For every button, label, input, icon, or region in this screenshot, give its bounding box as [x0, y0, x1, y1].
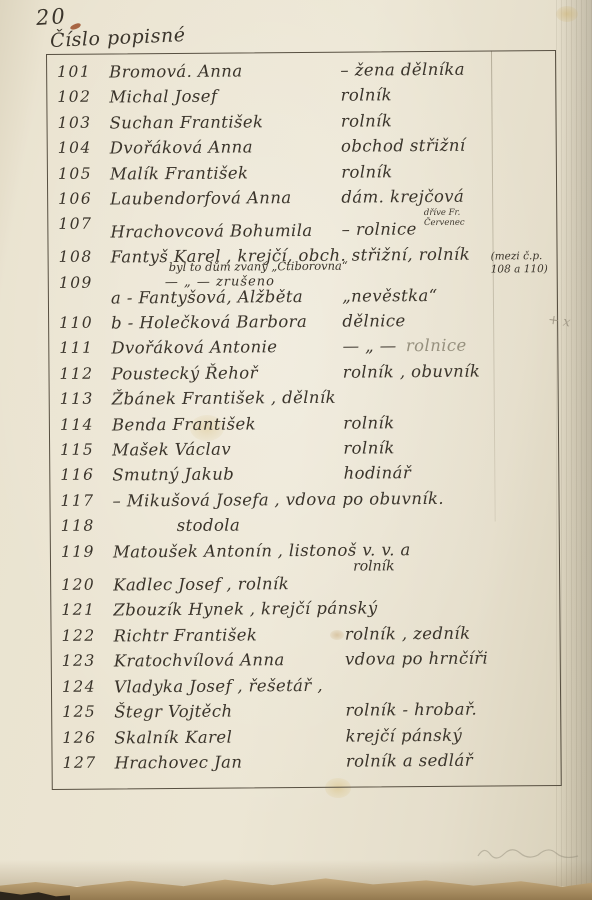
entry: Dvořáková Antonie — „ — rolnice	[111, 332, 551, 361]
house-number: 110	[59, 310, 111, 336]
entry: Richtr František rolník , zedník	[113, 620, 553, 649]
occupation: — „ —	[342, 337, 396, 356]
entry: Vladyka Josef , řešetář ,	[114, 671, 554, 700]
occupation: rolník	[341, 86, 393, 105]
entry: Fantyš Karel , krejčí, obch. střižní, ro…	[110, 241, 550, 270]
register-row: 101 Bromová. Anna – žena dělníka	[57, 56, 549, 85]
superscript-note: dříve Fr. Červenec	[424, 209, 482, 228]
house-number: 115	[60, 438, 112, 464]
entry: b - Holečková Barbora dělnice	[111, 307, 551, 336]
house-number: 111	[59, 336, 111, 362]
register-row: 113 Žbánek František , dělník	[60, 383, 552, 412]
house-number: 105	[58, 161, 110, 187]
occupation: rolník	[341, 162, 393, 181]
person-name: Žbánek František	[112, 386, 266, 413]
person-name: Matoušek Antonín	[113, 538, 273, 565]
house-number: 112	[59, 361, 111, 387]
entry: Kadlec Josef , rolník	[113, 569, 553, 598]
house-number: 107	[58, 212, 110, 245]
occupation: rolník , obuvník	[343, 361, 481, 381]
entry: Bromová. Anna – žena dělníka	[109, 56, 549, 85]
occupation: , rolník	[226, 574, 289, 593]
occupation: – rolnice	[342, 220, 417, 240]
person-name: Poustecký Řehoř	[111, 360, 337, 387]
register-row: 127 Hrachovec Jan rolník a sedlář	[62, 747, 554, 776]
register-row: 124 Vladyka Josef , řešetář ,	[62, 671, 554, 700]
entry: Laubendorfová Anna dám. krejčová	[110, 183, 550, 212]
bottom-edge-shadow	[0, 860, 592, 886]
entry: Mašek Václav rolník	[112, 434, 552, 463]
entry: Matoušek Antonín , listonoš v. v. a roln…	[113, 536, 553, 565]
register-row: 110 b - Holečková Barbora dělnice	[59, 307, 551, 336]
register-row: 111 Dvořáková Antonie — „ — rolnice	[59, 332, 551, 361]
register-row: 107 Hrachovcová Bohumila – rolnice dříve…	[58, 208, 550, 245]
person-name: Laubendorfová Anna	[110, 185, 336, 212]
house-number: 106	[58, 187, 110, 213]
register-row: 122 Richtr František rolník , zedník	[61, 620, 553, 649]
register-row: 115 Mašek Václav rolník	[60, 434, 552, 463]
register-row: 125 Štegr Vojtěch rolník - hrobař.	[62, 696, 554, 725]
pencil-margin-mark: + x	[547, 313, 571, 331]
person-name: – Mikušová Josefa	[112, 487, 269, 514]
occupation: dělnice	[342, 311, 405, 330]
occupation: obchod střižní	[341, 136, 466, 156]
occupation: – žena dělníka	[340, 60, 465, 80]
register-row: 123 Kratochvílová Anna vdova po hrnčíři	[62, 645, 554, 674]
person-name: Benda František	[112, 410, 338, 437]
person-name: Zbouzík Hynek	[113, 597, 244, 623]
person-name: b - Holečková Barbora	[111, 309, 337, 336]
person-name: Bromová. Anna	[109, 58, 335, 85]
register-row: 104 Dvořáková Anna obchod střižní	[58, 132, 550, 161]
register-row: 106 Laubendorfová Anna dám. krejčová	[58, 183, 550, 212]
occupation: , vdova po obuvník.	[274, 489, 444, 509]
occupation: , krejčí pánský	[250, 599, 378, 619]
house-number: 119	[61, 539, 113, 565]
entry: Skalník Karel krejčí pánský	[114, 722, 554, 751]
person-name: Richtr František	[113, 622, 339, 649]
house-number: 102	[57, 85, 109, 111]
crossed-out-note: — „ — zrušeno	[165, 267, 551, 285]
house-number: 114	[60, 412, 112, 438]
occupation-pencil: rolnice	[406, 336, 467, 355]
register-rows: 101 Bromová. Anna – žena dělníka 102 Mic…	[57, 56, 555, 776]
person-name: Malík František	[110, 159, 336, 186]
register-row: 117 – Mikušová Josefa , vdova po obuvník…	[60, 485, 552, 514]
house-number: 125	[62, 700, 114, 726]
register-row: 112 Poustecký Řehoř rolník , obuvník	[59, 358, 551, 387]
entry: Hrachovec Jan rolník a sedlář	[114, 747, 554, 776]
entry: Michal Josef rolník	[109, 81, 549, 110]
occupation: krejčí pánský	[346, 725, 463, 745]
house-number: 118	[61, 514, 113, 540]
person-name: Skalník Karel	[114, 723, 340, 750]
house-number: 121	[61, 598, 113, 624]
occupation: , řešetář ,	[237, 676, 323, 696]
register-row: 108 Fantyš Karel , krejčí, obch. střižní…	[59, 241, 551, 270]
entry: – Mikušová Josefa , vdova po obuvník.	[112, 485, 552, 514]
house-number: 117	[60, 488, 112, 514]
person-name: Suchan František	[109, 109, 335, 136]
occupation: „nevěstka“	[342, 286, 438, 306]
person-name: Kadlec Josef	[113, 572, 221, 598]
person-name: Štegr Vojtěch	[114, 698, 340, 725]
register-row: 103 Suchan František rolník	[57, 107, 549, 136]
person-name: Hrachovec Jan	[114, 749, 340, 776]
entry: Žbánek František , dělník	[112, 383, 552, 412]
page-number: 20	[35, 4, 67, 30]
register-row: 120 Kadlec Josef , rolník	[61, 569, 553, 598]
occupation: dám. krejčová	[341, 187, 464, 207]
occupation: stodola	[177, 516, 241, 535]
person-name: Dvořáková Antonie	[111, 334, 337, 361]
register-row: 114 Benda František rolník	[60, 409, 552, 438]
person-name: Hrachovcová Bohumila	[110, 218, 336, 245]
register-table: 101 Bromová. Anna – žena dělníka 102 Mic…	[46, 50, 562, 790]
entry: Poustecký Řehoř rolník , obuvník	[111, 358, 551, 387]
person-name: Michal Josef	[109, 83, 335, 110]
house-number: 103	[57, 110, 109, 136]
occupation: hodinář	[343, 464, 411, 484]
occupation: rolník	[341, 111, 393, 130]
house-number: 108	[59, 245, 111, 271]
entry: Štegr Vojtěch rolník - hrobař.	[114, 696, 554, 725]
occupation: rolník , zedník	[345, 624, 471, 644]
entry: — „ — zrušeno a - Fantyšová, Alžběta „ne…	[111, 267, 551, 311]
entry: Suchan František rolník	[109, 107, 549, 136]
entry: Malík František rolník	[110, 158, 550, 187]
column-header: Číslo popisné	[50, 24, 186, 52]
occupation: vdova po hrnčíři	[345, 649, 488, 669]
entry: Benda František rolník	[112, 409, 552, 438]
house-number: 120	[61, 573, 113, 599]
register-row: 121 Zbouzík Hynek , krejčí pánský	[61, 595, 553, 624]
register-row: 118 stodola	[61, 510, 553, 539]
occupation: rolník	[343, 438, 395, 457]
register-row: 102 Michal Josef rolník	[57, 81, 549, 110]
house-number: 109	[59, 270, 111, 311]
person-name: Vladyka Josef	[114, 673, 232, 699]
house-number: 113	[60, 387, 112, 413]
person-name: Kratochvílová Anna	[114, 647, 340, 674]
entry: Hrachovcová Bohumila – rolnice dříve Fr.…	[110, 208, 550, 244]
register-row: 126 Skalník Karel krejčí pánský	[62, 722, 554, 751]
register-row: 116 Smutný Jakub hodinář	[60, 459, 552, 488]
house-number: 126	[62, 725, 114, 751]
person-name: Dvořáková Anna	[110, 134, 336, 161]
house-number: 127	[62, 750, 114, 776]
occupation: rolník - hrobař.	[345, 700, 477, 720]
entry: stodola	[113, 510, 553, 539]
house-number: 116	[60, 463, 112, 489]
house-number: 122	[61, 623, 113, 649]
register-row: 119 Matoušek Antonín , listonoš v. v. a …	[61, 536, 553, 565]
entry: Zbouzík Hynek , krejčí pánský	[113, 595, 553, 624]
occupation: rolník	[343, 413, 395, 432]
entry: Smutný Jakub hodinář	[112, 459, 552, 488]
house-number: 124	[62, 674, 114, 700]
entry: Dvořáková Anna obchod střižní	[110, 132, 550, 161]
person-name: Smutný Jakub	[112, 461, 338, 488]
register-row: 105 Malík František rolník	[58, 158, 550, 187]
occupation: , dělník	[271, 388, 336, 408]
occupation: rolník a sedlář	[346, 751, 473, 771]
register-page-scan: 20 Číslo popisné 101 Bromová. Anna – žen…	[0, 0, 592, 900]
house-number: 101	[57, 60, 109, 86]
house-number: 104	[58, 136, 110, 162]
house-number: 123	[62, 649, 114, 675]
person-name: a - Fantyšová, Alžběta	[111, 283, 337, 310]
person-name: Mašek Václav	[112, 436, 338, 463]
register-row: 109 — „ — zrušeno a - Fantyšová, Alžběta…	[59, 267, 551, 311]
entry: Kratochvílová Anna vdova po hrnčíři	[114, 645, 554, 674]
